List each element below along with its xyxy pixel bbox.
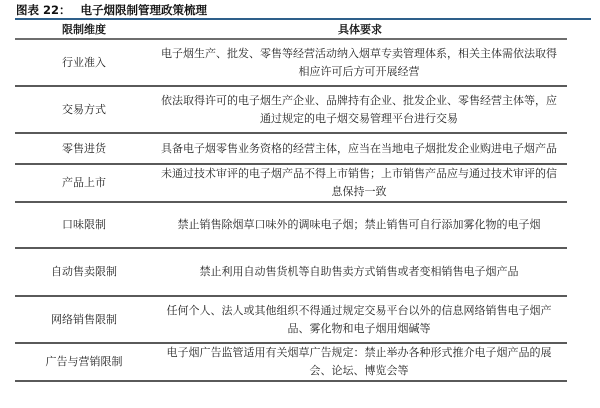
requirement-cell: 未通过技术审评的电子烟产品不得上市销售；上市销售产品应与通过技术审评的信息保持一… <box>153 164 567 202</box>
table-row: 交易方式 依法取得许可的电子烟生产企业、品牌持有企业、批发企业、零售经营主体等，… <box>15 86 567 133</box>
dimension-cell: 网络销售限制 <box>15 296 153 343</box>
requirement-cell: 禁止利用自动售货机等自助售卖方式销售或者变相销售电子烟产品 <box>153 248 567 296</box>
dimension-cell: 交易方式 <box>15 86 153 133</box>
dimension-cell: 零售进货 <box>15 133 153 164</box>
table-row: 零售进货 具备电子烟零售业务资格的经营主体，应当在当地电子烟批发企业购进电子烟产… <box>15 133 567 164</box>
figure-title: 图表 22：电子烟限制管理政策梳理 <box>16 2 207 18</box>
table-header-row: 限制维度 具体要求 <box>15 20 567 39</box>
dimension-cell: 广告与营销限制 <box>15 343 153 381</box>
requirement-cell: 具备电子烟零售业务资格的经营主体，应当在当地电子烟批发企业购进电子烟产品 <box>153 133 567 164</box>
table-row: 自动售卖限制 禁止利用自动售货机等自助售卖方式销售或者变相销售电子烟产品 <box>15 248 567 296</box>
table-row: 产品上市 未通过技术审评的电子烟产品不得上市销售；上市销售产品应与通过技术审评的… <box>15 164 567 202</box>
requirement-cell: 任何个人、法人或其他组织不得通过规定交易平台以外的信息网络销售电子烟产品、雾化物… <box>153 296 567 343</box>
requirement-cell: 电子烟生产、批发、零售等经营活动纳入烟草专卖管理体系，相关主体需依法取得相应许可… <box>153 39 567 86</box>
requirement-cell: 禁止销售除烟草口味外的调味电子烟；禁止销售可自行添加雾化物的电子烟 <box>153 202 567 248</box>
dimension-cell: 产品上市 <box>15 164 153 202</box>
table-row: 口味限制 禁止销售除烟草口味外的调味电子烟；禁止销售可自行添加雾化物的电子烟 <box>15 202 567 248</box>
header-dimension: 限制维度 <box>15 20 153 39</box>
header-requirement: 具体要求 <box>153 20 567 39</box>
table-row: 广告与营销限制 电子烟广告监管适用有关烟草广告规定：禁止举办各种形式推介电子烟产… <box>15 343 567 381</box>
table-row: 行业准入 电子烟生产、批发、零售等经营活动纳入烟草专卖管理体系，相关主体需依法取… <box>15 39 567 86</box>
policy-table: 限制维度 具体要求 行业准入 电子烟生产、批发、零售等经营活动纳入烟草专卖管理体… <box>15 20 567 382</box>
dimension-cell: 口味限制 <box>15 202 153 248</box>
dimension-cell: 自动售卖限制 <box>15 248 153 296</box>
dimension-cell: 行业准入 <box>15 39 153 86</box>
figure-label: 图表 22： <box>16 3 71 17</box>
requirement-cell: 电子烟广告监管适用有关烟草广告规定：禁止举办各种形式推介电子烟产品的展会、论坛、… <box>153 343 567 381</box>
table-row: 网络销售限制 任何个人、法人或其他组织不得通过规定交易平台以外的信息网络销售电子… <box>15 296 567 343</box>
requirement-cell: 依法取得许可的电子烟生产企业、品牌持有企业、批发企业、零售经营主体等，应通过规定… <box>153 86 567 133</box>
figure-caption: 电子烟限制管理政策梳理 <box>81 3 208 17</box>
